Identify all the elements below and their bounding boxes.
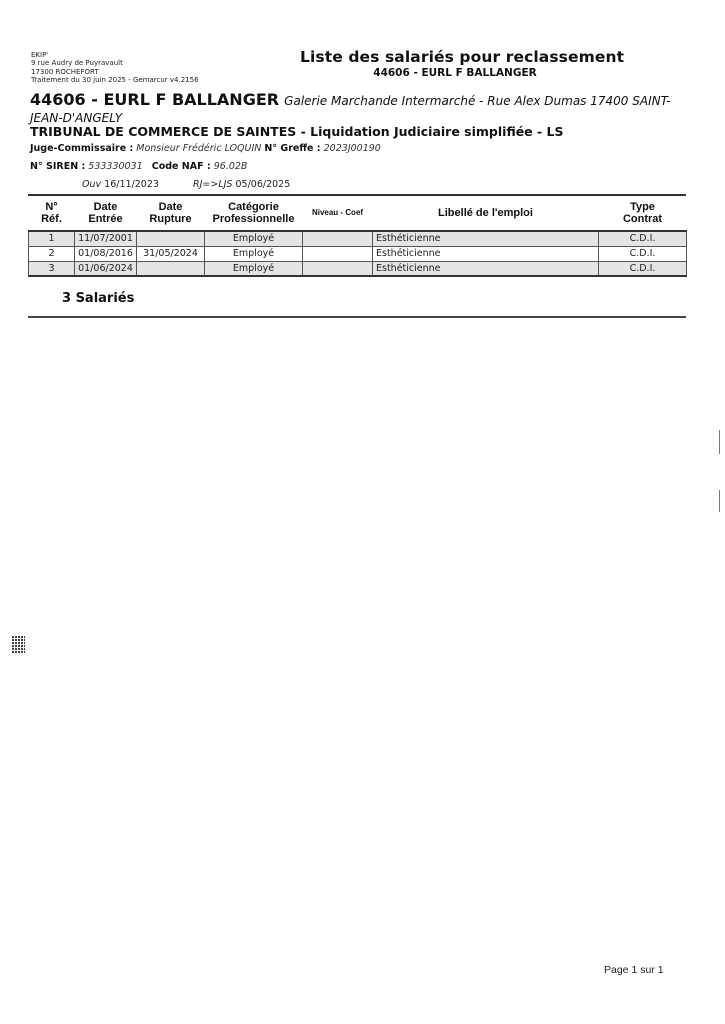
juge-value: Monsieur Frédéric LOQUIN xyxy=(136,143,261,154)
page-number: Page 1 sur 1 xyxy=(604,964,664,976)
sender-street: 9 rue Audry de Puyravault xyxy=(31,59,199,67)
document-subtitle: 44606 - EURL F BALLANGER xyxy=(300,67,610,79)
datamatrix-barcode-icon xyxy=(12,636,25,654)
header-date-entree: DateEntrée xyxy=(75,196,137,231)
cell-ref: 1 xyxy=(29,231,75,246)
table-row: 1 11/07/2001 Employé Esthéticienne C.D.I… xyxy=(29,231,687,246)
summary-bottom-rule xyxy=(28,316,686,318)
juge-label: Juge-Commissaire : xyxy=(30,143,133,154)
cell-contrat: C.D.I. xyxy=(599,246,687,261)
cell-libelle: Esthéticienne xyxy=(373,261,599,276)
greffe-label: N° Greffe : xyxy=(264,143,320,154)
document-title: Liste des salariés pour reclassement xyxy=(300,48,610,66)
header-niveau-coef: Niveau - Coef xyxy=(303,196,373,231)
cell-date-entree: 11/07/2001 xyxy=(75,231,137,246)
cell-niveau xyxy=(303,261,373,276)
opening-date: Ouv 16/11/2023 xyxy=(82,179,159,190)
scan-code-label xyxy=(14,687,22,717)
cell-date-rupture xyxy=(137,261,205,276)
siren-label: N° SIREN : xyxy=(30,161,85,172)
tribunal-line: TRIBUNAL DE COMMERCE DE SAINTES - Liquid… xyxy=(30,124,564,139)
naf-value: 96.02B xyxy=(214,161,248,172)
cell-niveau xyxy=(303,231,373,246)
cell-categorie: Employé xyxy=(205,246,303,261)
opening-date-label: Ouv xyxy=(82,179,101,190)
cell-niveau xyxy=(303,246,373,261)
cell-libelle: Esthéticienne xyxy=(373,231,599,246)
cell-contrat: C.D.I. xyxy=(599,261,687,276)
sender-name: EKIP' xyxy=(31,51,199,59)
cell-date-rupture: 31/05/2024 xyxy=(137,246,205,261)
juge-line: Juge-Commissaire : Monsieur Frédéric LOQ… xyxy=(30,143,381,154)
table-row: 2 01/08/2016 31/05/2024 Employé Esthétic… xyxy=(29,246,687,261)
conversion-date-value: 05/06/2025 xyxy=(235,179,290,190)
company-block: 44606 - EURL F BALLANGER Galerie Marchan… xyxy=(30,92,695,126)
cell-ref: 3 xyxy=(29,261,75,276)
employee-count: 3 Salariés xyxy=(62,291,134,306)
naf-label: Code NAF : xyxy=(152,161,211,172)
header-date-rupture: DateRupture xyxy=(137,196,205,231)
scan-artifact-mark xyxy=(719,430,720,454)
header-ref: N°Réf. xyxy=(29,196,75,231)
table-row: 3 01/06/2024 Employé Esthéticienne C.D.I… xyxy=(29,261,687,276)
processing-info: Traitement du 30 juin 2025 - Gemarcur v4… xyxy=(31,76,199,84)
cell-date-rupture xyxy=(137,231,205,246)
cell-libelle: Esthéticienne xyxy=(373,246,599,261)
header-type-contrat: TypeContrat xyxy=(599,196,687,231)
cell-categorie: Employé xyxy=(205,261,303,276)
header-categorie: CatégorieProfessionnelle xyxy=(205,196,303,231)
scan-artifact-mark xyxy=(719,490,720,512)
conversion-date-label: RJ=>LJS xyxy=(193,179,232,190)
cell-date-entree: 01/06/2024 xyxy=(75,261,137,276)
document-header: Liste des salariés pour reclassement 446… xyxy=(300,48,610,79)
opening-date-value: 16/11/2023 xyxy=(104,179,159,190)
cell-contrat: C.D.I. xyxy=(599,231,687,246)
employees-table: N°Réf. DateEntrée DateRupture CatégorieP… xyxy=(28,196,686,277)
siren-line: N° SIREN : 533330031 Code NAF : 96.02B xyxy=(30,161,247,172)
conversion-date: RJ=>LJS 05/06/2025 xyxy=(193,179,290,190)
greffe-value: 2023J00190 xyxy=(324,143,381,154)
siren-value: 533330031 xyxy=(88,161,142,172)
cell-ref: 2 xyxy=(29,246,75,261)
company-name: 44606 - EURL F BALLANGER xyxy=(30,90,279,109)
sender-city: 17300 ROCHEFORT xyxy=(31,68,199,76)
sender-address-block: EKIP' 9 rue Audry de Puyravault 17300 RO… xyxy=(31,51,199,85)
cell-date-entree: 01/08/2016 xyxy=(75,246,137,261)
header-libelle: Libellé de l'emploi xyxy=(373,196,599,231)
cell-categorie: Employé xyxy=(205,231,303,246)
table-header-row: N°Réf. DateEntrée DateRupture CatégorieP… xyxy=(29,196,687,231)
